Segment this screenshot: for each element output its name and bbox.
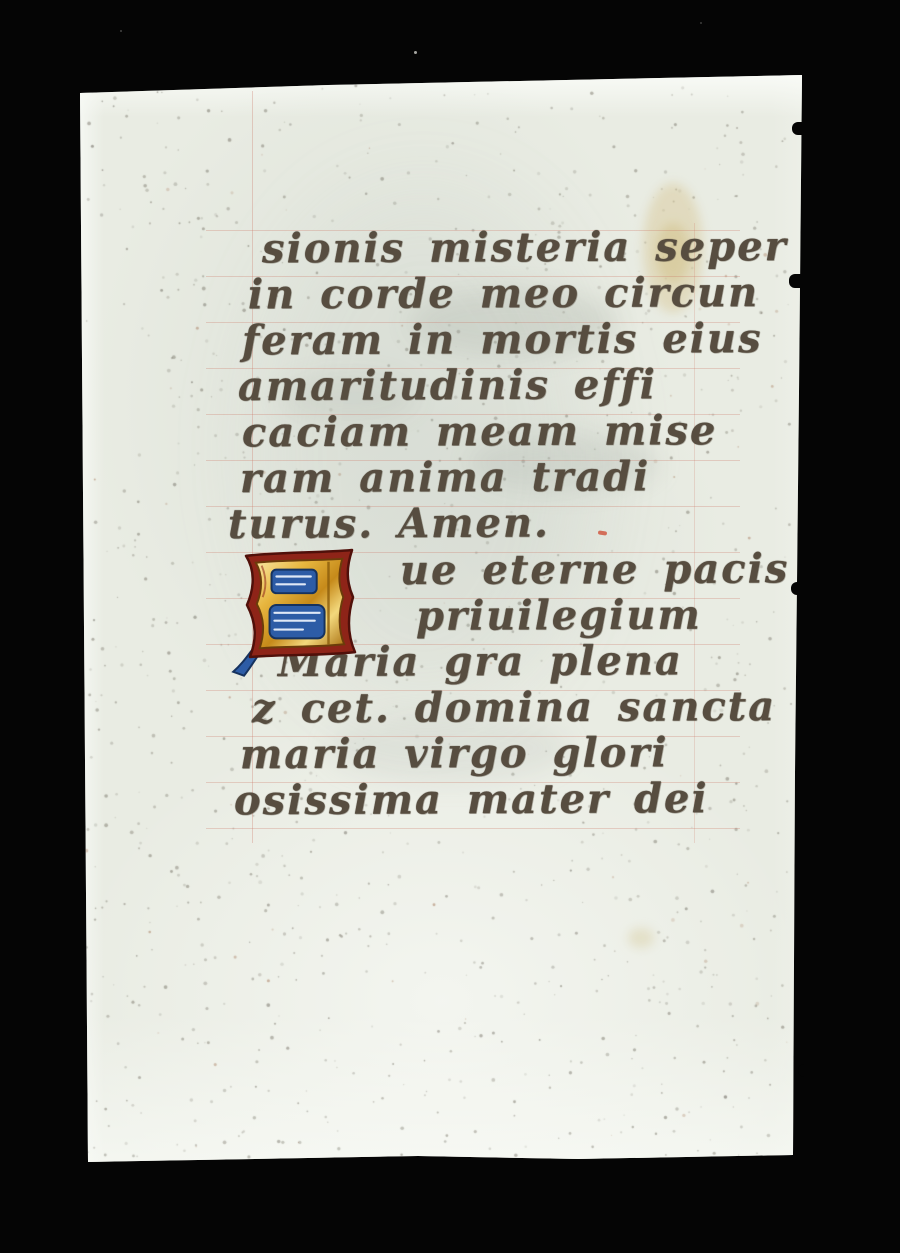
manuscript-text-line: turus. Amen. — [228, 499, 550, 548]
binding-notch — [798, 1064, 812, 1077]
manuscript-text-line: sionis misteria seper — [262, 222, 788, 272]
dust-speck — [414, 51, 417, 54]
manuscript-text-line: in corde meo circun — [248, 268, 759, 318]
manuscript-text-line: z cet. domina sancta — [252, 682, 776, 732]
binding-notch — [792, 122, 808, 135]
manuscript-leaf-photo: sionis misteria seperin corde meo circun… — [0, 0, 900, 1253]
dust-speck — [700, 22, 702, 24]
binding-notch — [791, 582, 806, 595]
manuscript-text-line: feram in mortis eius — [242, 314, 763, 364]
manuscript-text-line: ram anima tradi — [240, 453, 650, 503]
manuscript-text-line: priuilegium — [416, 591, 702, 640]
dust-speck — [120, 30, 122, 32]
manuscript-text-line: osissima mater dei — [234, 774, 709, 824]
ruling-line-horizontal — [206, 828, 740, 829]
manuscript-text-line: caciam meam mise — [242, 406, 718, 456]
manuscript-text-line: maria virgo glori — [240, 729, 669, 779]
parchment-stain — [628, 928, 654, 948]
binding-notch — [789, 274, 806, 288]
manuscript-text-line: ue eterne pacis — [400, 545, 790, 595]
illuminated-initial-A — [236, 548, 364, 660]
manuscript-text-line: amaritudinis effi — [238, 361, 657, 411]
illuminated-initial-artwork — [236, 548, 364, 660]
